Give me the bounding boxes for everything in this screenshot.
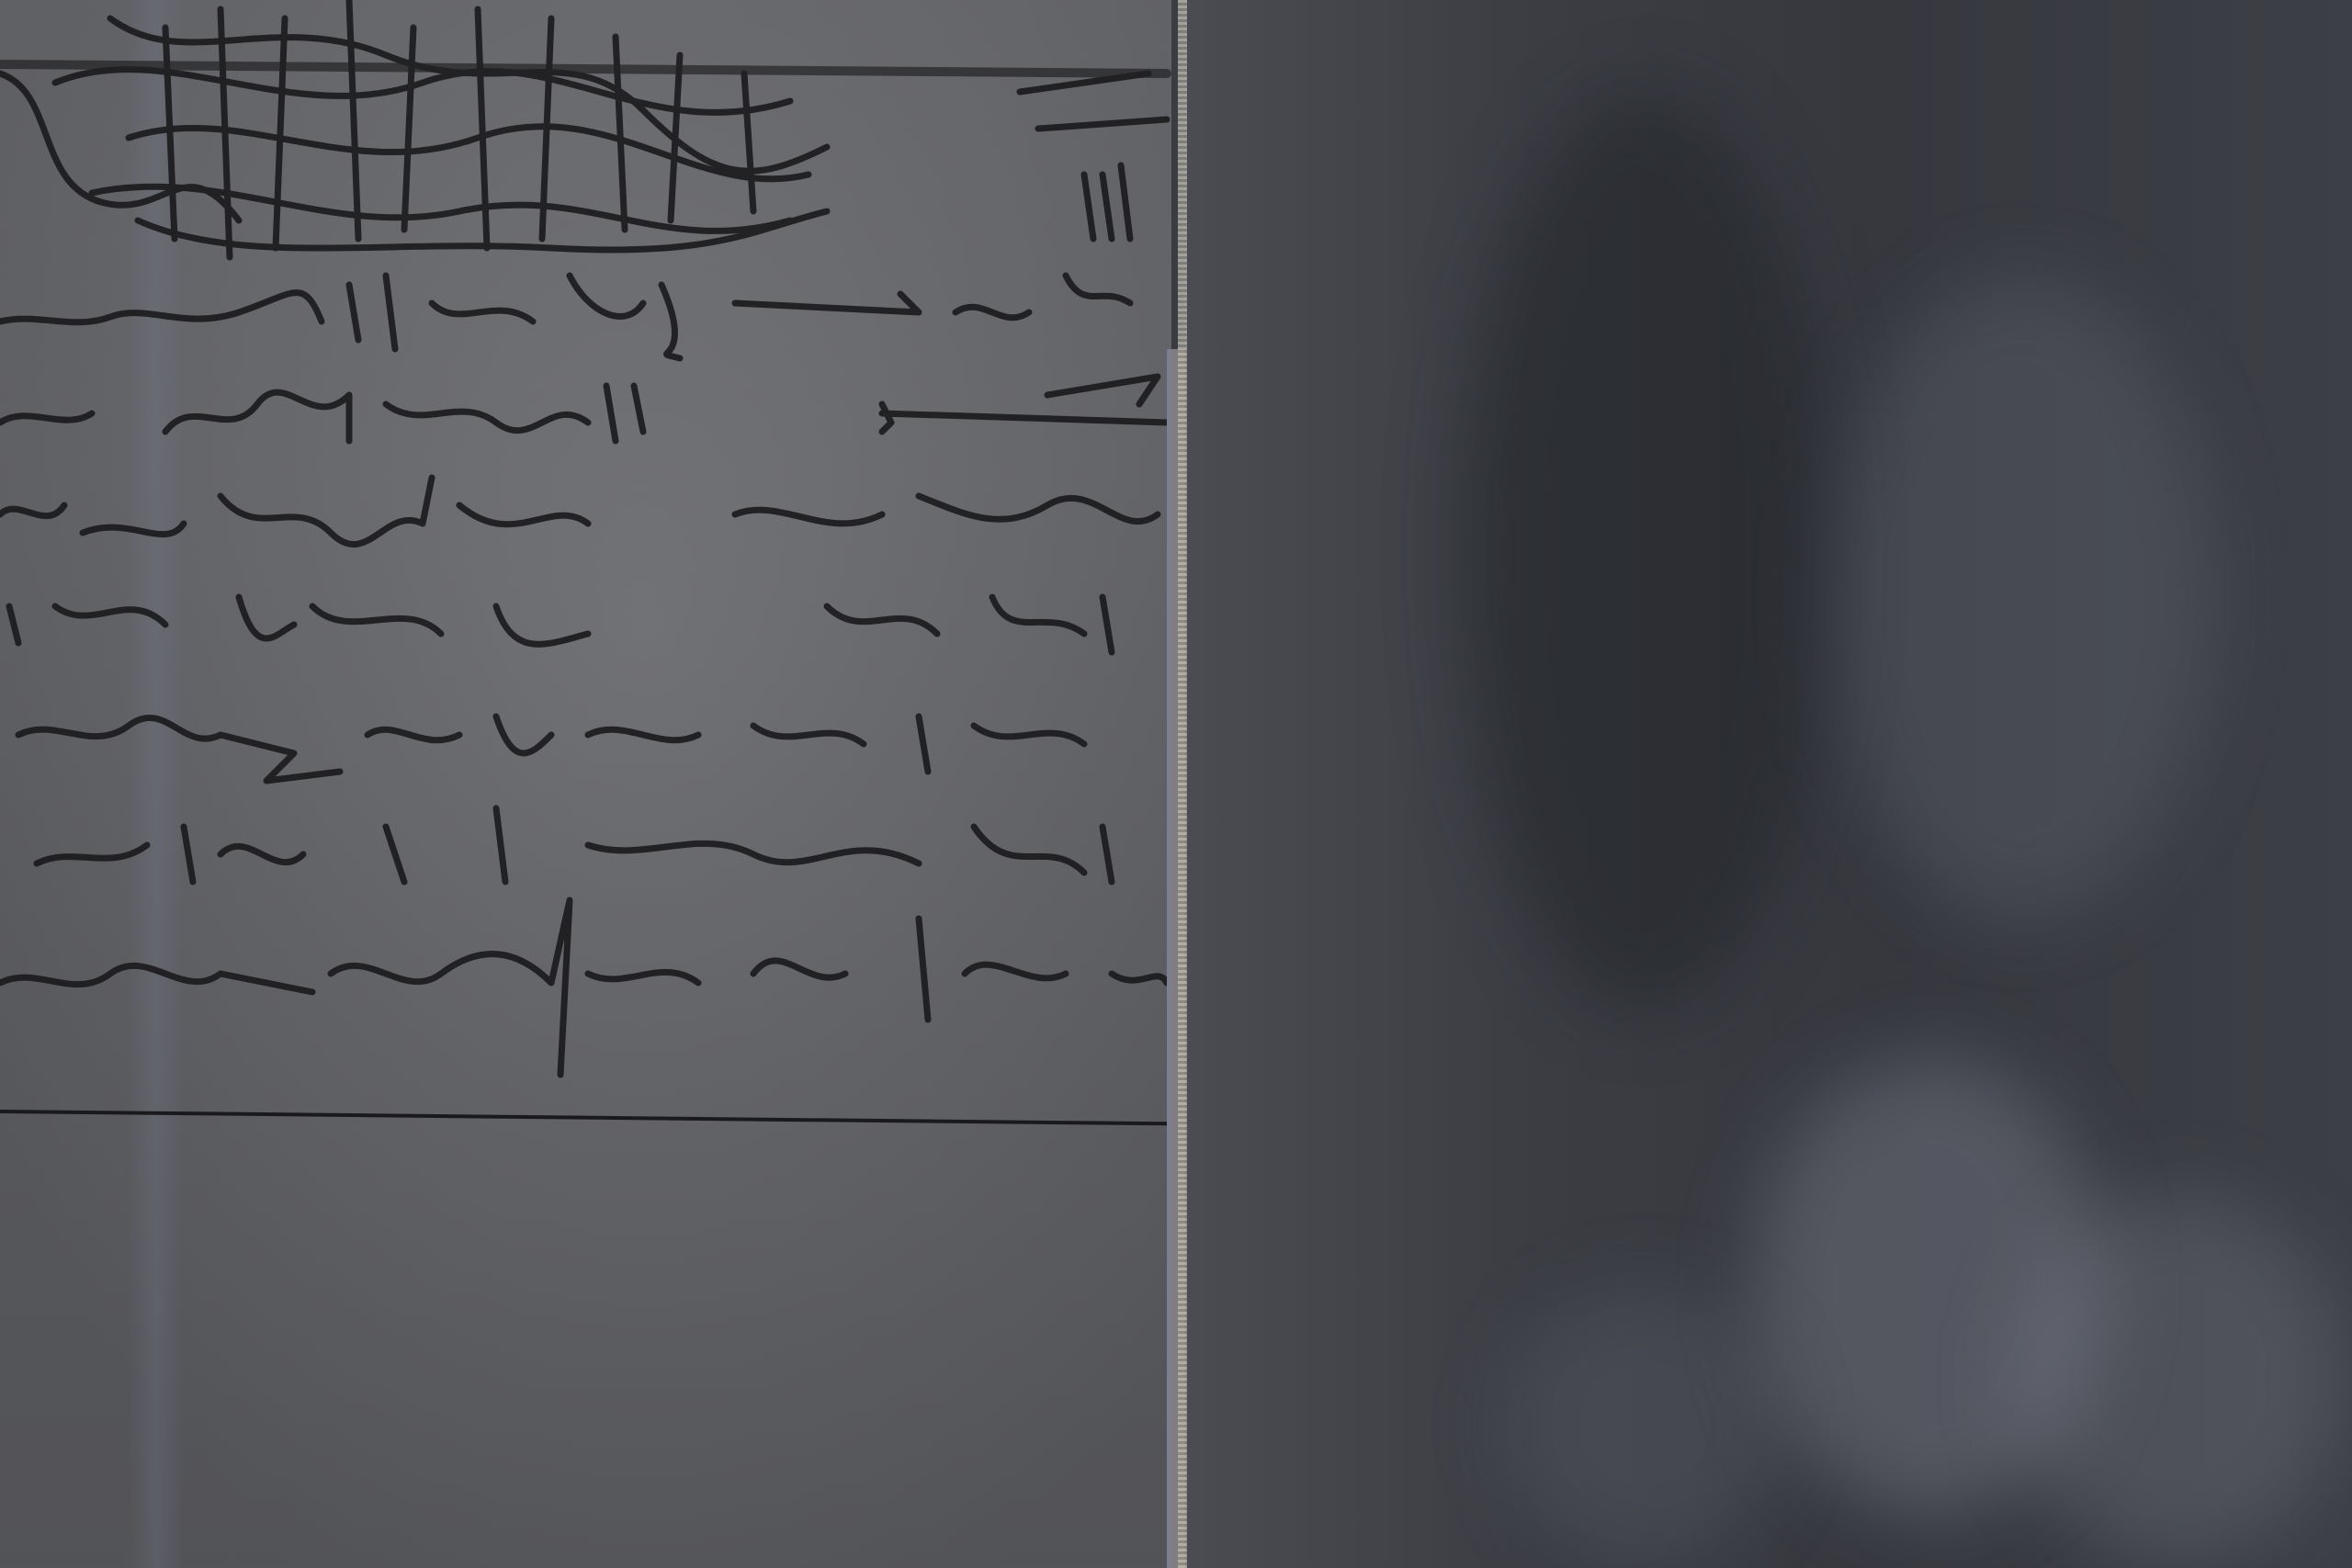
smudge-highlight	[2012, 1194, 2343, 1562]
smudge-dark	[1461, 92, 1828, 1010]
smudge-highlight	[1828, 276, 2214, 919]
charcoal-panel	[1185, 0, 2352, 1568]
artwork-photo: Photograph of an artwork: asemic handwri…	[0, 0, 2352, 1568]
smudge-highlight	[1507, 1286, 1782, 1562]
asemic-handwriting	[0, 0, 1171, 1568]
handwriting-panel	[0, 0, 1171, 1568]
frayed-fabric-edge	[1178, 0, 1187, 1568]
